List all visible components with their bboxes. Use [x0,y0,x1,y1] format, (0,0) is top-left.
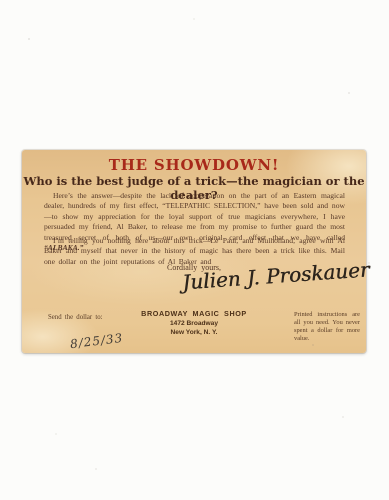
handwritten-date: 8/25/33 [69,331,124,351]
send-dollar-label: Send the dollar to: [48,314,103,321]
shop-address-block: BROADWAY MAGIC SHOP 1472 Broadway New Yo… [141,309,247,336]
shop-address-line1: 1472 Broadway [141,320,247,327]
shop-address-line2: New York, N. Y. [141,329,247,336]
paragraph-1-text: Here’s the answer—despite the lack of co… [44,191,345,242]
postcard: THE SHOWDOWN! Who is the best judge of a… [22,150,366,353]
scan-background: THE SHOWDOWN! Who is the best judge of a… [0,0,389,500]
card-title: THE SHOWDOWN! [22,156,366,174]
printed-instructions-note: Printed instructions are all you need. Y… [294,311,360,343]
shop-name: BROADWAY MAGIC SHOP [141,309,247,318]
